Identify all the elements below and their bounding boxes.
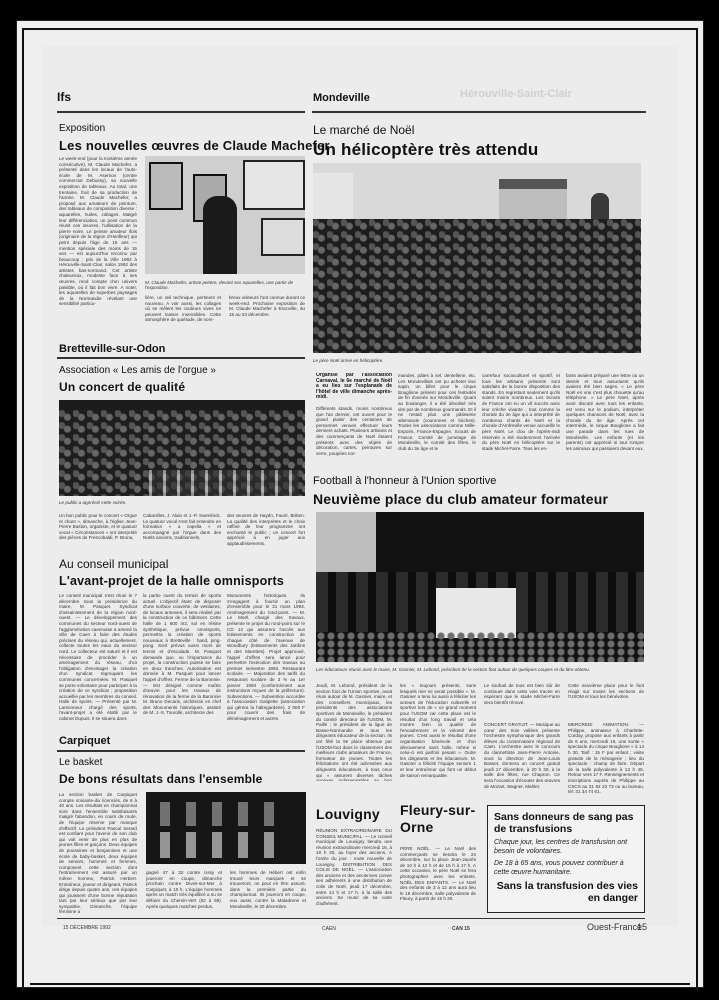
- bretteville-body-col1: Un bon public pour le concert « Orgue et…: [59, 513, 137, 547]
- ifs-kicker: Exposition: [59, 123, 105, 134]
- carpiquet-body-col3: les hommes de Hébert ont enfin trouvé le…: [230, 870, 306, 916]
- section-bretteville: Bretteville-sur-Odon: [59, 343, 165, 355]
- mondeville-headline: Un hélicoptère très attendu: [313, 140, 539, 160]
- section-rule: [57, 750, 305, 752]
- carpiquet-body-col2: gagné 47 à 32 contre Ussy et joueront en…: [146, 870, 222, 916]
- bretteville-headline: Un concert de qualité: [59, 380, 185, 394]
- footer-brand: Ouest-France: [587, 922, 642, 932]
- ifs-body-col2: lière, un œil technique, pertinent et no…: [145, 295, 221, 327]
- footer-date: 15 DÉCEMBRE 1992: [63, 925, 111, 931]
- carpiquet-photo: [146, 792, 306, 864]
- section-rule: [57, 357, 305, 359]
- mondeville-body-col4: fants avaient préparé une lettre ou un d…: [566, 373, 644, 462]
- mondeville-caption: Le père Noël arrive en hélicoptère.: [313, 358, 383, 363]
- conseil-body-col3: Monuments historiques. Ils s'engagent à …: [227, 593, 305, 727]
- carpiquet-headline: De bons résultats dans l'ensemble: [59, 772, 263, 786]
- frame-top-line: [22, 28, 698, 30]
- section-rule: [312, 111, 646, 113]
- bretteville-caption: Le public a apprécié cette soirée.: [59, 500, 126, 505]
- section-rule: [57, 111, 305, 113]
- football-photo: [316, 512, 644, 662]
- mondeville-body-col1: Différents stands, moins nombreux que l'…: [316, 406, 392, 462]
- ifs-body-col3: breux visiteurs l'ont connue durant ce w…: [229, 295, 305, 327]
- mondeville-kicker: Le marché de Noël: [313, 123, 414, 137]
- blood-donation-ad: Sans donneurs de sang pas de transfusion…: [487, 805, 645, 913]
- frame-left-line: [22, 28, 24, 990]
- bretteville-photo: [59, 400, 305, 496]
- football-headline: Neuvième place du club amateur formateur: [313, 491, 608, 507]
- ad-footer: Sans la transfusion des vies en danger: [494, 880, 638, 904]
- football-body-col2: les « toujours présents, sans lesquels r…: [400, 683, 476, 781]
- ifs-caption: M. Claude Machefer, artiste peintre, dev…: [145, 280, 305, 290]
- footer-edition: CAEN: [322, 926, 336, 932]
- conseil-kicker: Au conseil municipal: [59, 557, 168, 571]
- carpiquet-kicker: Le basket: [59, 757, 102, 768]
- conseil-body-col2: la partie ouest du terrain de sports act…: [143, 593, 221, 727]
- fleury-body: PÈRE NOËL. — Le Noël des commerçants se …: [400, 846, 476, 916]
- mondeville-body-col2: mandes, pâtes à sel, dentellerie, etc. L…: [398, 373, 476, 462]
- brief-mercredi: MERCREDI ANIMATION. — Philippe, animateu…: [568, 722, 644, 794]
- carpiquet-body-col1: La section basket de Carpiquet compte so…: [59, 792, 137, 916]
- section-louvigny: Louvigny: [316, 806, 380, 822]
- bretteville-body-col2: Cabanilles, J. Alain et J.-P. Sweelinck.…: [143, 513, 221, 547]
- mondeville-lead: Organisé par l'association Carnaval, le …: [316, 373, 392, 403]
- conseil-headline: L'avant-projet de la halle omnisports: [59, 574, 284, 588]
- bretteville-body-col3: des œuvres de Haydn, Fauré, Britten. La …: [227, 513, 305, 547]
- bretteville-kicker: Association « Les amis de l'orgue »: [59, 365, 216, 376]
- ifs-photo: [145, 156, 305, 274]
- ghost-header: Hérouville-Saint-Clair: [460, 88, 572, 100]
- ad-line2: De 18 à 65 ans, vous pouvez contribuer à…: [494, 859, 638, 877]
- ad-headline: Sans donneurs de sang pas de transfusion…: [494, 811, 638, 835]
- frame-bottom-line: [30, 983, 690, 985]
- football-body-col4: Cette neuvième place pour le foot réagit…: [568, 683, 644, 713]
- section-mondeville: Mondeville: [313, 92, 370, 104]
- footer-page-number: 15: [637, 922, 647, 932]
- football-body-col1: Jeudi, M. Lebond, président de la sectio…: [316, 683, 392, 781]
- ifs-headline: Les nouvelles œuvres de Claude Machefer: [59, 138, 330, 153]
- football-caption: Les éducateurs réunis avec le maire, M. …: [316, 667, 646, 672]
- section-fleury: Fleury-sur-Orne: [400, 802, 480, 836]
- louvigny-body: RÉUNION EXTRAORDINAIRE DU CONSEIL MUNICI…: [316, 828, 392, 916]
- football-kicker: Football à l'honneur à l'Union sportive: [313, 475, 496, 487]
- football-body-col3: Le souhait de tous est bien sûr de conti…: [484, 683, 560, 713]
- conseil-body-col1: Le conseil municipal s'est réuni le 7 dé…: [59, 593, 137, 727]
- ifs-body-col1: Le week-end (pour la troisième année con…: [59, 156, 137, 338]
- section-ifs: Ifs: [57, 90, 71, 104]
- section-carpiquet: Carpiquet: [59, 735, 110, 747]
- footer-rule: [57, 918, 645, 919]
- footer-code: CAN 15: [452, 926, 470, 932]
- ad-line1: Chaque jour, les centres de transfusion …: [494, 838, 638, 856]
- frame-right-line: [696, 28, 698, 990]
- brief-concert: CONCERT GRATUIT. — Musique au cœur des t…: [484, 722, 560, 794]
- mondeville-body-col3: carrefour socioculturel et sportif, et t…: [482, 373, 560, 462]
- mondeville-photo: [313, 163, 641, 353]
